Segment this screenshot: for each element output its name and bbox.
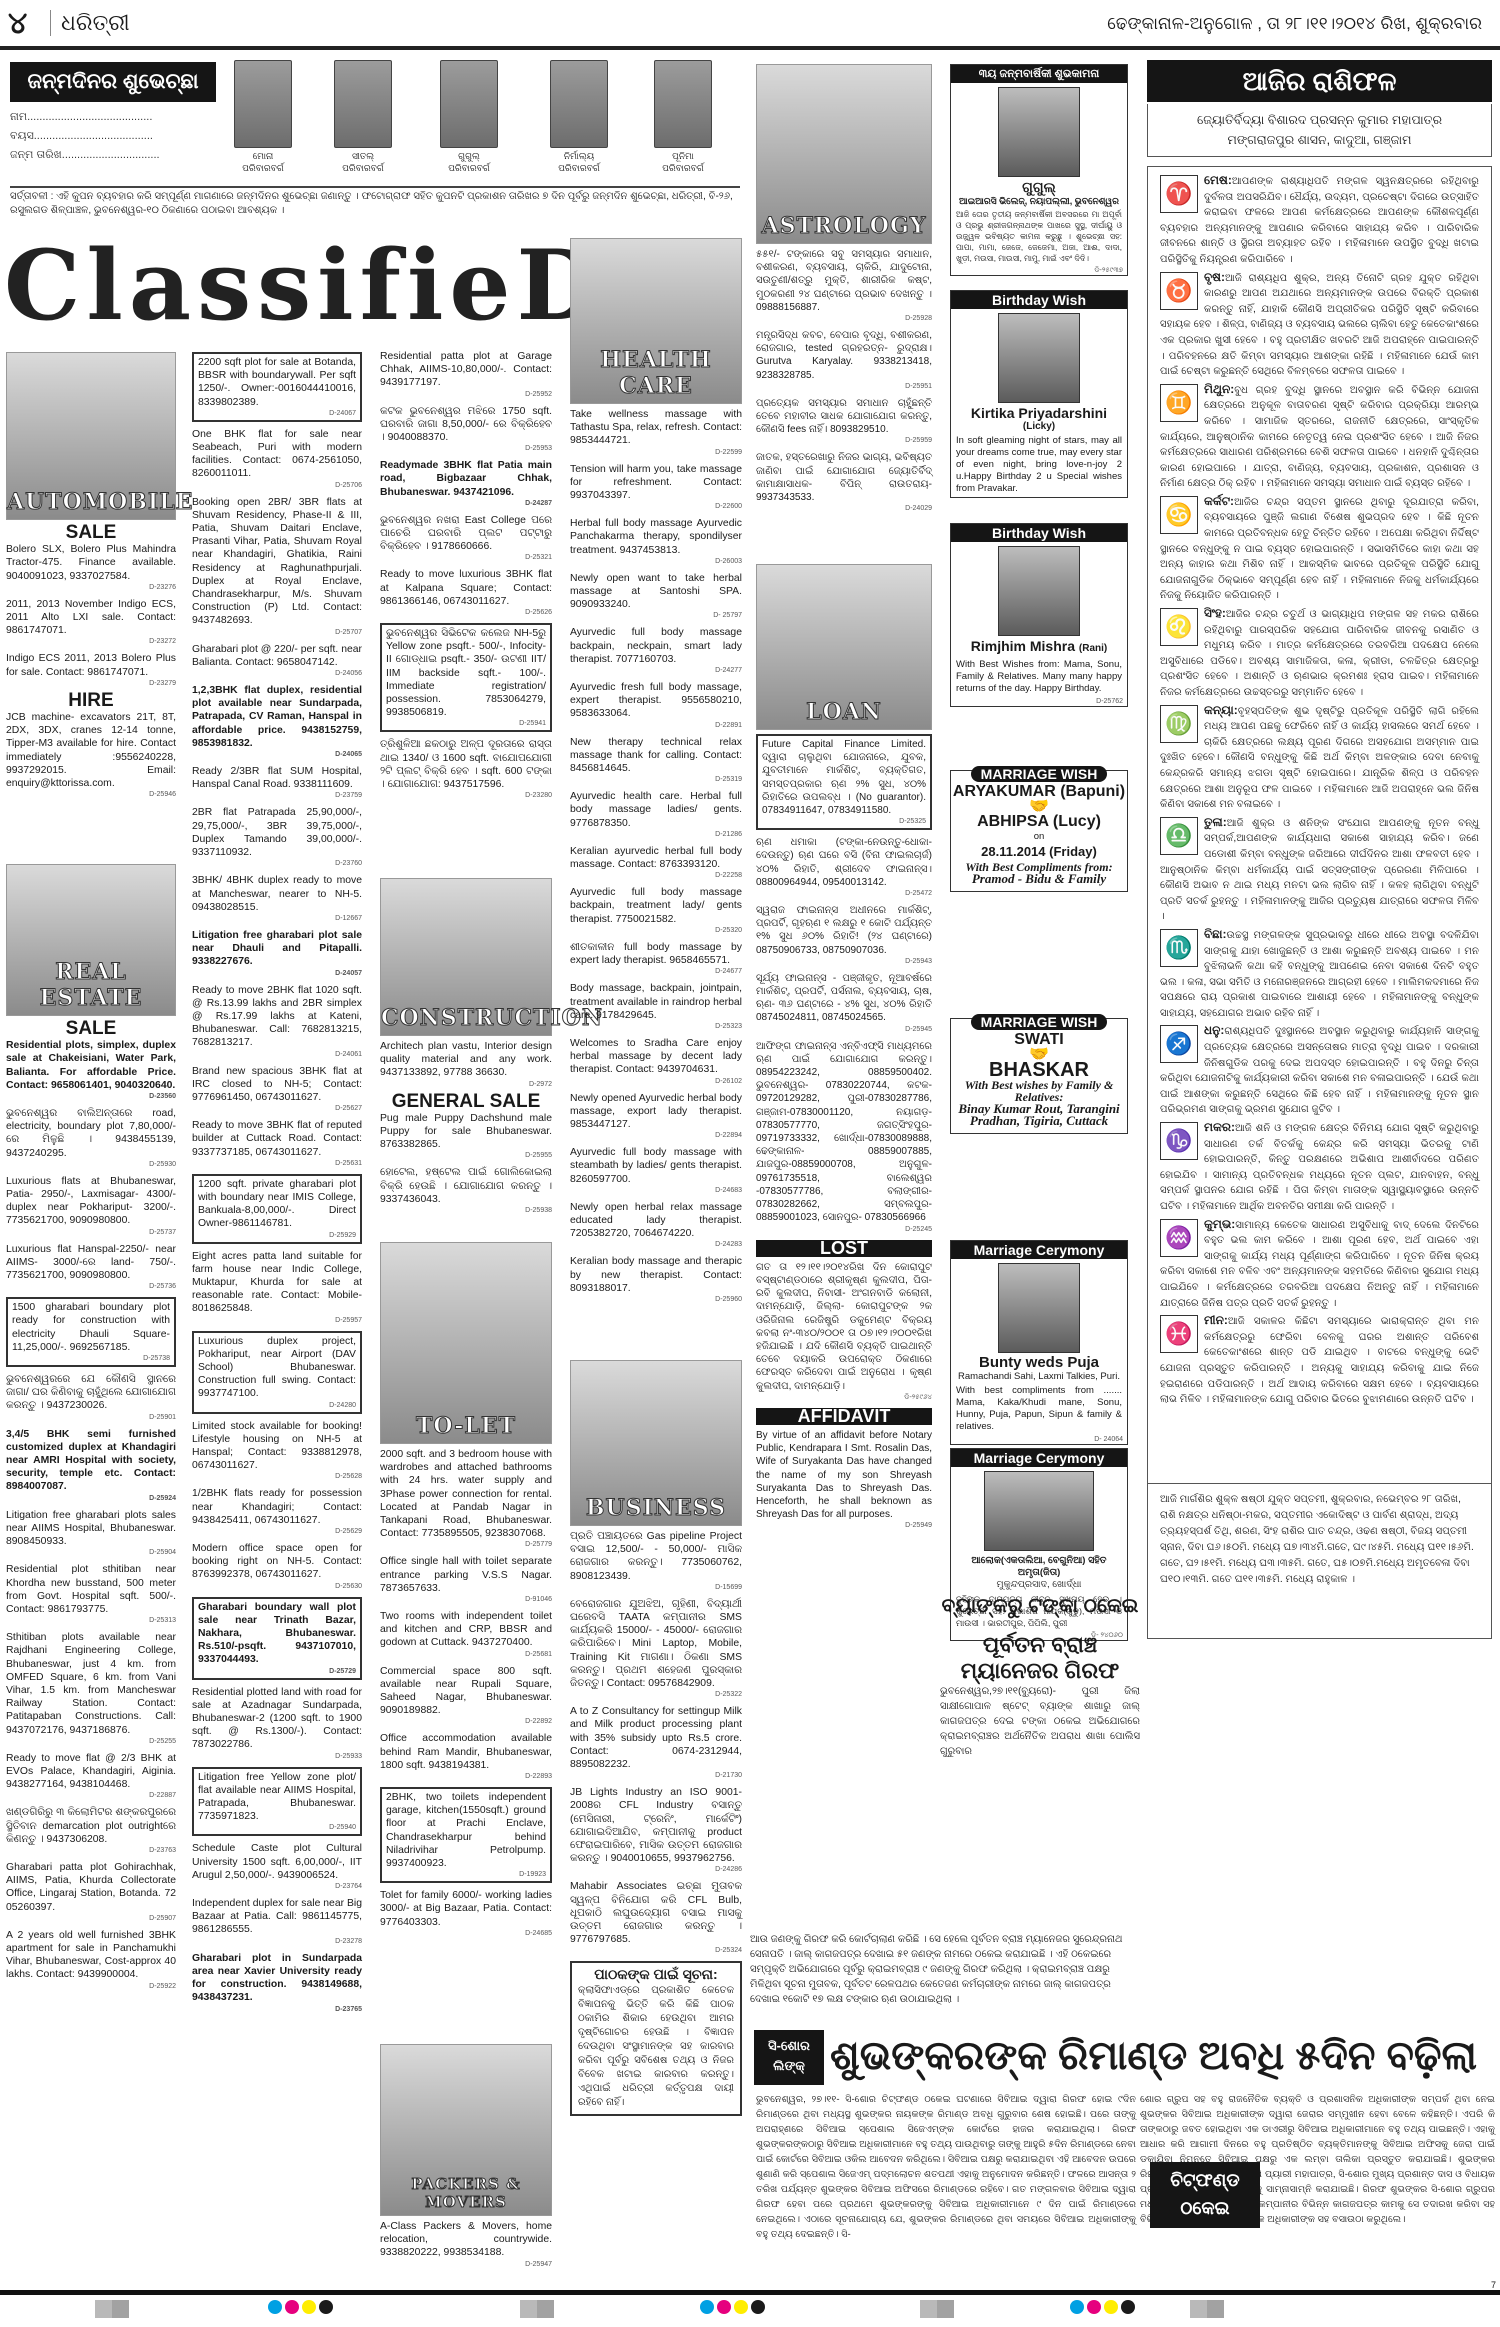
classified-ad: 2BHK, two toilets independent garage, ki…	[380, 1787, 552, 1883]
classified-ad: Newly open want to take herbal massage a…	[570, 572, 742, 621]
rashi-entry: ♋କର୍କଟ:ଆଜିର ଚନ୍ଦ୍ର ସପ୍ତମ ସ୍ଥାନରେ ଥିବାରୁ …	[1160, 494, 1479, 604]
classified-ad: Ready to move luxurious 3BHK flat at Kal…	[380, 568, 552, 617]
column-3c: 2000 sqft. and 3 bedroom house with ward…	[380, 1448, 552, 1944]
news-body: ଭୁବନେଶ୍ୱର,୨୭।୧୧(ବ୍ୟୁରୋ)- ପୁରୀ ଜିଲା ସାକ୍ଷ…	[940, 1684, 1140, 1759]
masthead: ୪ ଧରିତ୍ରୀ ଢେଙ୍କାନାଳ-ଅନୁଗୋଳ , ତା ୨୮।୧୧।୨୦…	[0, 0, 1500, 50]
classified-ad: Ayurvedic full body massage with steamba…	[570, 1146, 742, 1195]
classified-ad: One BHK flat for sale near Seabeach, Pur…	[192, 428, 362, 490]
sale-heading: SALE	[6, 526, 176, 539]
classified-ad: Brand new spacious 3BHK flat at IRC clos…	[192, 1065, 362, 1114]
column-5b: Future Capital Finance Limited. ଦ୍ୱାରା ଚ…	[756, 734, 932, 1536]
rashi-entry: ♎ତୁଳା:ଆଜି ଶୁକ୍ର ଓ ଶନିଙ୍କ ସଂଯୋଗ ଆପଣଙ୍କୁ ନ…	[1160, 815, 1479, 925]
classified-ad: Bolero SLX, Bolero Plus Mahindra Tractor…	[6, 543, 176, 592]
loan-image: LOAN	[756, 564, 932, 730]
notice-title: ପାଠକଙ୍କ ପାଇଁ ସୂଚନା:	[578, 1967, 734, 1981]
registration-gray-mark	[520, 2300, 554, 2318]
coupon-name-field[interactable]: ନାମ.....................................…	[10, 108, 216, 127]
classified-ad: ଆଫିଙ୍ଗ ଫାଇନାନ୍ସ ଏନ୍‌ବିଏଫ୍‌ସି ମାଧ୍ୟମରେ ଋଣ…	[756, 1040, 932, 1234]
chitfund-tag: ଚିଟ୍‌ଫଣ୍ଡ ଠକେଇ	[1150, 2162, 1260, 2228]
classified-ad: Ready to move flat @ 2/3 BHK at EVOs Pal…	[6, 1752, 176, 1801]
classified-ad: Readymade 3BHK flat Patia main road, Big…	[380, 459, 552, 508]
classified-ad: Mahabir Associates ଇଚ୍ଛା ମୁତାବକ ସ୍ୱଳ୍ପ ବ…	[570, 1880, 742, 1955]
footer-rule	[0, 2290, 1500, 2295]
classified-ad: Luxurious flat Hanspal-2250/- near AIIMS…	[6, 1243, 176, 1292]
automobile-image: AUTOMOBILE	[6, 352, 176, 520]
classified-ad: Two rooms with independent toilet and ki…	[380, 1610, 552, 1659]
scorpio-icon: ♏	[1160, 929, 1198, 967]
classified-ad: Luxurious duplex project, Pokhariput, ne…	[192, 1331, 362, 1414]
gemini-icon: ♊	[1160, 384, 1198, 422]
paper-name: ଧରିତ୍ରୀ	[50, 10, 130, 36]
column-4: Take wellness massage with Tathastu Spa,…	[570, 408, 742, 1310]
classified-ad: ଭୁବନେଶ୍ୱର ନଖରା East College ପରେ ପାଚେରି ଘ…	[380, 514, 552, 563]
classified-ad: Modern office space open for booking rig…	[192, 1542, 362, 1591]
classified-ad: Schedule Caste plot Cultural University …	[192, 1842, 362, 1891]
pisces-icon: ♓	[1160, 1315, 1198, 1353]
classified-ad: Litigation free Yellow zone plot/ flat a…	[192, 1767, 362, 1837]
classified-ad: Commercial space 800 sqft. available nea…	[380, 1665, 552, 1727]
classified-ad: Tolet for family 6000/- working ladies 3…	[380, 1889, 552, 1938]
hire-heading: HIRE	[6, 694, 176, 707]
lost-heading: LOST	[756, 1240, 932, 1257]
coupon-dob-field[interactable]: ଜନ୍ମ ତାରିଖ..............................…	[10, 146, 216, 165]
rashi-entry: ♈ମେଷ:ଆପଣଙ୍କ ରାଶ୍ୟାଧିପତି ମଙ୍ଗଳ ସ୍ୱନକ୍ଷତ୍ର…	[1160, 173, 1479, 268]
photo	[984, 1471, 1094, 1551]
classified-ad: Welcomes to Sradha Care enjoy herbal mas…	[570, 1037, 742, 1086]
classified-ad: Office accommodation available behind Ra…	[380, 1732, 552, 1781]
story-column-left: ଭୁବନେଶ୍ୱର, ୨୭।୧୧- ସି-ଶୋର ଚିଟ୍‌ଫଣ୍ଡ ଠକେଇ …	[756, 2092, 1136, 2242]
classified-ad: ସ୍ୱରାଜ ଫାଇନାନ୍ସ ଅଧୀନରେ ମାର୍କଶିଟ୍, ପ୍ରପର୍…	[756, 904, 932, 966]
footer-page-marker: 7	[1491, 2280, 1496, 2290]
classified-ad: Ready to move 2BHK flat 1020 sqft. @ Rs.…	[192, 984, 362, 1059]
classified-ad: JB Lights Industry an ISO 9001- 2008ର CF…	[570, 1786, 742, 1874]
classified-ad: Indigo ECS 2011, 2013 Bolero Plus for sa…	[6, 652, 176, 687]
classified-ad: Gharabari plot @ 220/- per sqft. near Ba…	[192, 643, 362, 678]
classified-ad: ଋଣ ଧମାକା (ଟଙ୍କା-ନେଉନ୍ତୁ-ଧୋକା-ଦେଉନ୍ତୁ) ଋଣ…	[756, 836, 932, 898]
classified-ad: Residential patta plot at Garage Chhak, …	[380, 350, 552, 399]
column-2: 2200 sqft plot for sale at Botanda, BBSR…	[192, 352, 362, 2020]
classified-ad: Gharabari patta plot Gohirachhak, AIIMS,…	[6, 1861, 176, 1923]
handshake-icon: 🤝	[951, 801, 1127, 813]
horoscope-body: ♈ମେଷ:ଆପଣଙ୍କ ରାଶ୍ୟାଧିପତି ମଙ୍ଗଳ ସ୍ୱନକ୍ଷତ୍ର…	[1147, 166, 1492, 1484]
reader-notice: ପାଠକଙ୍କ ପାଇଁ ସୂଚନା: କ୍ଲାସିଫାଏଡ୍‌ରେ ପ୍ରକା…	[570, 1961, 742, 2116]
kid-photo	[334, 60, 392, 148]
classified-ad: Litigation free gharabari plot sale near…	[192, 929, 362, 978]
classified-ad: ପ୍ରତ୍ୟେକ ସମସ୍ୟାର ସମାଧାନ ଚାହୁଁଛନ୍ତି ତେବେ …	[756, 397, 932, 446]
classified-ad: Ayurvedic fresh full body massage, exper…	[570, 681, 742, 730]
classified-ad: 2200 sqft plot for sale at Botanda, BBSR…	[192, 352, 362, 422]
classified-ad: Newly opened Ayurvedic herbal body massa…	[570, 1092, 742, 1141]
kid-card: ସୀତଲ୍ପରିବାରବର୍ଗ	[332, 60, 394, 174]
classified-ad: 1500 gharabari boundary plot ready for c…	[6, 1297, 176, 1367]
coupon-age-field[interactable]: ବୟସ.....................................…	[10, 127, 216, 146]
capricorn-icon: ♑	[1160, 1122, 1198, 1160]
cmyk-registration-marks	[700, 2300, 765, 2314]
photo	[998, 1263, 1080, 1353]
notice-body: କ୍ଲାସିଫାଏଡ୍‌ରେ ପ୍ରକାଶିତ କେତେକ ବିଜ୍ଞାପନକୁ…	[578, 1984, 734, 2110]
classified-ad: 2BR flat Patrapada 25,90,000/-, 29,75,00…	[192, 806, 362, 868]
classified-ad: Ayurvedic full body massage backpain, ne…	[570, 626, 742, 675]
classified-ad: 2011, 2013 November Indigo ECS, 2011 Alt…	[6, 598, 176, 647]
classified-ad: JCB machine- excavators 21T, 8T, 2DX, 3D…	[6, 711, 176, 799]
classified-ad: Residential plotted land with road for s…	[192, 1686, 362, 1761]
rashi-entry: ♌ସିଂହ:ଆଜିର ଚନ୍ଦ୍ର ଚତୁର୍ଥ ଓ ଭାଗ୍ୟାଧିପ ମଙ୍…	[1160, 606, 1479, 701]
classified-ad: Newly open herbal relax massage educated…	[570, 1201, 742, 1250]
classified-ad: Architech plan vastu, Interior design qu…	[380, 1040, 552, 1089]
registration-gray-mark	[920, 2300, 954, 2318]
kid-photo	[550, 60, 608, 148]
real-estate-image: REAL ESTATE	[6, 864, 176, 1016]
classified-ad: Ready to move 3BHK flat of reputed build…	[192, 1119, 362, 1168]
column-3d: A-Class Packers & Movers, home relocatio…	[380, 2220, 552, 2275]
classified-ad: Eight acres patta land suitable for farm…	[192, 1250, 362, 1325]
cancer-icon: ♋	[1160, 496, 1198, 534]
news-continued: ଆଉ ଜଣଙ୍କୁ ଗିରଫ କରି କୋର୍ଟଚାଲାଣ କରିଛି । ସେ…	[750, 1932, 1130, 2007]
business-image: BUSINESS	[570, 1360, 742, 1526]
cmyk-registration-marks	[268, 2300, 333, 2314]
classified-ad: ଭୁବନେଶ୍ୱର ସିଭିଟେକ କଲେଜ NH-5ରୁ Yellow zon…	[380, 623, 552, 732]
photo	[998, 87, 1080, 177]
panchang-box: ଆଜି ମାର୍ଗଶିର ଶୁକ୍ଳ ଷଷ୍ଠୀ ଯୁକ୍ତ ସପ୍ତମୀ, ଶ…	[1147, 1484, 1492, 1639]
classified-ad: Ready 2/3BR flat SUM Hospital, Hanspal C…	[192, 765, 362, 800]
rashi-entry: ♒କୁମ୍ଭ:ସାମାନ୍ୟ କେତେକ ସାଧାରଣ ଅସୁବିଧାକୁ ବା…	[1160, 1217, 1479, 1312]
astrology-image: ASTROLOGY	[756, 64, 932, 244]
classified-ad: ମନ୍ତ୍ରସିଦ୍ଧ କବଚ, ବେପାର ବୃଦ୍ଧି, ବଶୀକରଣ, ର…	[756, 329, 932, 391]
photo	[998, 546, 1080, 636]
classified-ad: Ayurvedic health care. Herbal full body …	[570, 790, 742, 839]
aries-icon: ♈	[1160, 175, 1198, 213]
news-headline: ବ୍ୟାଙ୍କରୁ ଟଙ୍କା ଠକେଇ ପୂର୍ବତନ ବ୍ରାଞ୍ଚ ମ୍ୟ…	[940, 1595, 1140, 1684]
column-5: ୫୫୧/- ଟଙ୍କାରେ ସବୁ ସମସ୍ୟାର ସମାଧାନ, ବଶୀକରଣ…	[756, 248, 932, 519]
classified-ad: ଭୁବନେଶ୍ୱରରେ ଯେ କୌଣସି ସ୍ଥାନରେ ଜାଗା/ ଘର କି…	[6, 1373, 176, 1422]
rashi-entry: ♏ବିଛା:ଉଚ୍ଚସ୍ଥ ମଙ୍ଗଳଙ୍କ ସୁପ୍ରଭାବରୁ ଧୀରେ ଧ…	[1160, 927, 1479, 1022]
rashi-entry: ♐ଧନୁ:ରାଶ୍ୟଧିପତି ଦୁଃସ୍ଥାନରେ ଅବସ୍ଥାନ କରୁଥି…	[1160, 1023, 1479, 1118]
registration-gray-mark	[1190, 2300, 1224, 2318]
classified-ad: New therapy technical relax massage than…	[570, 736, 742, 785]
aquarius-icon: ♒	[1160, 1219, 1198, 1257]
classified-ad: Ayurvedic full body massage backpain, tr…	[570, 886, 742, 935]
kid-photo	[234, 60, 292, 148]
packers-movers-image: PACKERS & MOVERS	[380, 2044, 552, 2216]
classified-ad: 3BHK/ 4BHK duplex ready to move at Manch…	[192, 874, 362, 923]
kid-photo	[440, 60, 498, 148]
classified-ad: ୫୫୧/- ଟଙ୍କାରେ ସବୁ ସମସ୍ୟାର ସମାଧାନ, ବଶୀକରଣ…	[756, 248, 932, 323]
classified-ad: ପ୍ରତି ପଞ୍ଚାୟତରେ Gas pipeline Project ବସା…	[570, 1530, 742, 1592]
classified-ad: Sthitiban plots available near Rajdhani …	[6, 1631, 176, 1746]
birthday-card-gugul: ୩ୟ ଜନ୍ମବାର୍ଷିକୀ ଶୁଭକାମନା ଗୁଗୁଲ୍ ଆଇଆରସି ଭ…	[950, 64, 1128, 276]
classified-ad: 1,2,3BHK flat duplex, residential plot a…	[192, 684, 362, 759]
classified-ad: Limited stock available for booking! Lif…	[192, 1420, 362, 1482]
classified-ad: Litigation free gharabari plots sales ne…	[6, 1509, 176, 1558]
birthday-card-kirtika: Birthday Wish Kirtika Priyadarshini (Lic…	[950, 290, 1128, 498]
classified-ad: ହୋଟେଲ, ହଷ୍ଟେଲ ପାଇଁ ଗୋଲିକୋଇଲା ବିକ୍ରି ହେଉଛ…	[380, 1166, 552, 1215]
classified-logo: ClassifieD	[4, 238, 544, 333]
classified-ad: 3,4/5 BHK semi furnished customized dupl…	[6, 1428, 176, 1503]
column-3: Residential patta plot at Garage Chhak, …	[380, 350, 552, 806]
classified-ad: ସୂର୍ଯ୍ୟ ଫାଇନାନ୍ସ - ପଞ୍ଜୀକୃତ, ନୂଆବର୍ଷରେ ମ…	[756, 972, 932, 1034]
sagittarius-icon: ♐	[1160, 1025, 1198, 1063]
classified-ad: A to Z Consultancy for settingup Milk an…	[570, 1705, 742, 1780]
dateline: ଢେଙ୍କାନାଳ-ଅନୁଗୋଳ , ତା ୨୮।୧୧।୨୦୧୪ ରିଖ, ଶୁ…	[1107, 14, 1482, 34]
classified-ad: 1200 sqft. private gharabari plot with b…	[192, 1174, 362, 1244]
classified-ad: Gharabari plot in Sundarpada area near X…	[192, 1952, 362, 2014]
column-1b: SALE Residential plots, simplex, duplex …	[6, 1018, 176, 1997]
kid-card: ପୂନିମାପରିବାରବର୍ଗ	[652, 60, 714, 174]
column-3b: Architech plan vastu, Interior design qu…	[380, 1040, 552, 1221]
sale-heading: SALE	[6, 1022, 176, 1035]
virgo-icon: ♍	[1160, 705, 1198, 743]
affidavit-notice: By virtue of an affidavit before Notary …	[756, 1429, 932, 1530]
classified-ad: କଟକ ଭୁବନେଶ୍ୱର ମଝିରେ 1750 sqft. ଘରବାରି ଜା…	[380, 405, 552, 454]
classified-ad: Luxurious flats at Bhubaneswar, Patia- 2…	[6, 1175, 176, 1237]
classified-ad: Gharabari boundary wall plot sale near T…	[192, 1597, 362, 1680]
kid-photo	[654, 60, 712, 148]
classified-ad: 1/2BHK flats ready for possession near K…	[192, 1487, 362, 1536]
classified-ad: Office single hall with toilet separate …	[380, 1555, 552, 1604]
classified-ad: A-Class Packers & Movers, home relocatio…	[380, 2220, 552, 2269]
lost-notice: ଗତ ତା ୧୨।୧୧।୨୦୧୪ରିଖ ଦିନ କୋରାପୁଟ ବସ୍‌ଷ୍ଟା…	[756, 1261, 932, 1402]
classified-ad: A 2 years old well furnished 3BHK apartm…	[6, 1929, 176, 1991]
classified-ad: Take wellness massage with Tathastu Spa,…	[570, 408, 742, 457]
general-sale-heading: GENERAL SALE	[380, 1095, 552, 1108]
marriage-wish-arya: MARRIAGE WISH ARYAKUMAR (Bapuni) 🤝 ABHIP…	[950, 770, 1128, 892]
classified-ad: Pug male Puppy Dachshund male Puppy for …	[380, 1112, 552, 1161]
taurus-icon: ♉	[1160, 272, 1198, 310]
kid-card: ମୋନାପରିବାରବର୍ଗ	[232, 60, 294, 174]
libra-icon: ♎	[1160, 817, 1198, 855]
classified-ad: Future Capital Finance Limited. ଦ୍ୱାରା ଚ…	[756, 734, 932, 830]
classified-ad: ଶୀତକାଳୀନ full body massage by expert lad…	[570, 941, 742, 976]
rashi-entry: ♍କନ୍ୟା:ବୃହସ୍ପତିଙ୍କ ଶୁଭ ଦୃଷ୍ଟିରୁ ପ୍ରତିକୂଳ…	[1160, 703, 1479, 813]
classified-ad: Keralian ayurvedic herbal full body mass…	[570, 845, 742, 880]
column-4b: ପ୍ରତି ପଞ୍ଚାୟତରେ Gas pipeline Project ବସା…	[570, 1530, 742, 2116]
rashi-entry: ♊ମିଥୁନ:ବୁଧ ଗ୍ରହ ବୁଦ୍ଧି ସ୍ଥାନରେ ଅବସ୍ଥାନ କ…	[1160, 382, 1479, 492]
horoscope-author: ଜ୍ୟୋତିର୍ବିଦ୍ୟା ବିଶାରଦ ପ୍ରସନ୍ନ କୁମାର ମହାପ…	[1147, 104, 1492, 157]
classified-ad: ଭୁବନେଶ୍ୱର ବାଲିଅନ୍ତାରେ road, electricity,…	[6, 1107, 176, 1169]
classified-ad: Residential plots, simplex, duplex sale …	[6, 1039, 176, 1101]
classified-ad: Keralian body massage and therapic by ne…	[570, 1255, 742, 1304]
rashi-entry: ♓ମୀନ:ଆଜି ସକାଳର କିଛିଟା ସମସ୍ୟାରେ ଭାରାକ୍ରାନ…	[1160, 1313, 1479, 1408]
marriage-wish-swati: MARRIAGE WISH SWATI 🤝 BHASKAR With Best …	[950, 1018, 1128, 1134]
classified-ad: ଖଣ୍ଡଗିରିରୁ ୩ କିଲୋମିଟର ଶଙ୍କରପୁରରେ ସ୍ଥିତିବ…	[6, 1806, 176, 1855]
page-number: ୪	[8, 6, 27, 41]
horoscope-title: ଆଜିର ରାଶିଫଳ	[1147, 60, 1492, 102]
photo	[998, 313, 1080, 403]
classified-ad: Residential plot sthitiban near Khordha …	[6, 1563, 176, 1625]
coupon-rules: ସର୍ତ୍ତାବଳୀ : ଏହି କୁପନ ବ୍ୟବହାର କରି ସମ୍ପୂର…	[10, 190, 740, 218]
classified-ad: Independent duplex for sale near Big Baz…	[192, 1897, 362, 1946]
cmyk-registration-marks	[1070, 2300, 1135, 2314]
rashi-entry: ♉ବୃଷ:ଆଜି ରାଶ୍ୟଧିପ ଶୁକ୍ର, ଅନ୍ୟ ତିନୋଟି ଗ୍ର…	[1160, 270, 1479, 380]
birthday-card-rimjhim: Birthday Wish Rimjhim Mishra (Rani) With…	[950, 523, 1128, 707]
birthday-banner: ଜନ୍ମଦିନର ଶୁଭେଚ୍ଛା	[10, 62, 216, 102]
birthday-coupon-fields: ନାମ.....................................…	[10, 108, 216, 165]
classified-ad: ଜାତକ, ହସ୍ତରେଖାରୁ ନିଜର ଭାଗ୍ୟ, ଭବିଷ୍ୟତ ଜାଣ…	[756, 451, 932, 513]
classified-ad: Herbal full body massage Ayurvedic Panch…	[570, 517, 742, 566]
construction-image: CONSTRUCTION	[380, 878, 552, 1036]
kid-card: ନିର୍ମାଲ୍ୟପରିବାରବର୍ଗ	[548, 60, 610, 174]
health-care-image: HEALTH CARE	[570, 238, 742, 404]
column-1a: SALE Bolero SLX, Bolero Plus Mahindra Tr…	[6, 522, 176, 805]
registration-gray-mark	[95, 2300, 129, 2318]
to-let-image: TO-LET	[380, 1242, 552, 1444]
divider	[10, 186, 740, 188]
classified-ad: Tension will harm you, take massage for …	[570, 463, 742, 512]
rashi-entry: ♑ମକର:ଆଜି ଶନି ଓ ମଙ୍ଗଳ କ୍ଷେତ୍ର ବିନିମୟ ଯୋଗ …	[1160, 1120, 1479, 1215]
story-tag: ସି-ଶୋର ଲିଙ୍କ୍	[754, 2030, 824, 2085]
classified-ad: Body massage, backpain, jointpain, treat…	[570, 982, 742, 1031]
classified-ad: ବେରୋଜଗାର ଯୁଅଝିଅ, ଗୃହିଣୀ, ବିଦ୍ୟାର୍ଥୀ ଘରେବ…	[570, 1598, 742, 1699]
affidavit-heading: AFFIDAVIT	[756, 1408, 932, 1425]
classified-ad: Booking open 2BR/ 3BR flats at Shuvam Re…	[192, 496, 362, 637]
classified-ad: ତ୍ରିଶୁଳିଆ ଛକଠାରୁ ଅଳ୍ପ ଦୂରତାରେ ରାସ୍ତା ଥାଇ…	[380, 738, 552, 800]
marriage-ceremony-bunty: Marriage Cerymony Bunty weds Puja Ramach…	[950, 1240, 1128, 1445]
kid-card: ଗୁଗୁଲ୍ପରିବାରବର୍ଗ	[438, 60, 500, 174]
leo-icon: ♌	[1160, 608, 1198, 646]
classified-ad: 2000 sqft. and 3 bedroom house with ward…	[380, 1448, 552, 1549]
story-headline: ଶୁଭଙ୍କରଙ୍କ ରିମାଣ୍ଡ ଅବଧି ୫ଦିନ ବଢ଼ିଲା	[830, 2026, 1495, 2086]
